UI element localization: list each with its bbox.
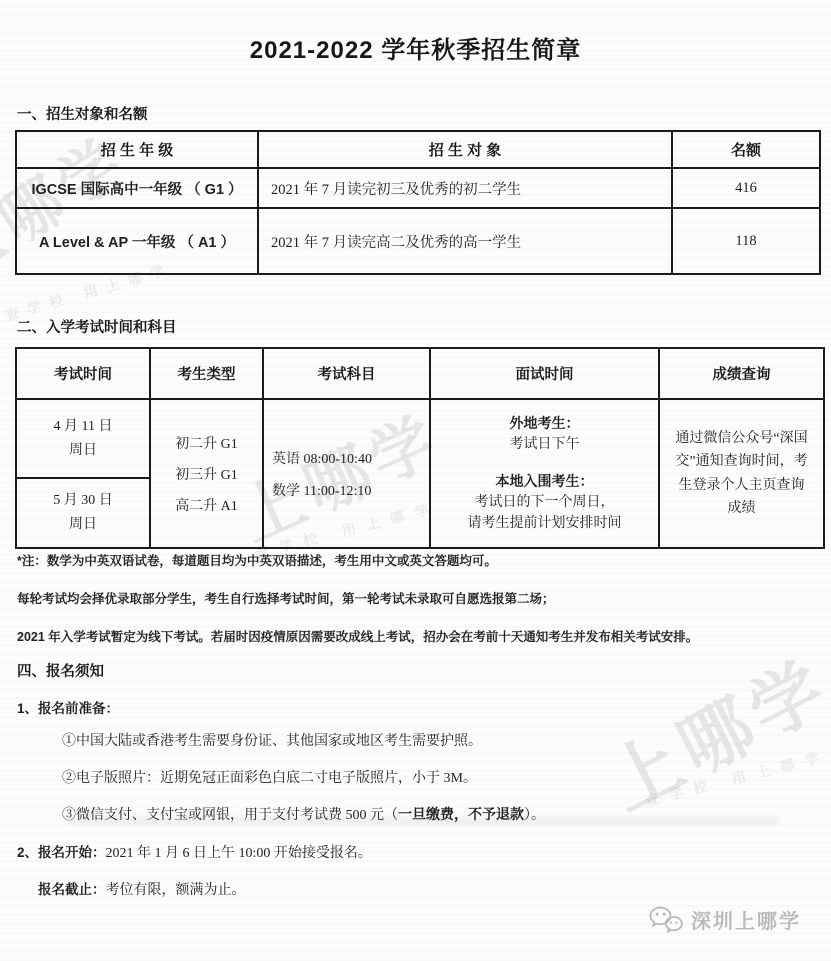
registration-start-line: 2、报名开始：2021 年 1 月 6 日上午 10:00 开始接受报名。 bbox=[17, 841, 372, 862]
spacer bbox=[431, 455, 658, 471]
exam-note-offline: 2021 年入学考试暂定为线下考试。若届时因疫情原因需要改成线上考试，招办会在考… bbox=[17, 627, 817, 645]
exam-day: 周日 bbox=[17, 513, 149, 537]
header-grade: 招 生 年 级 bbox=[16, 131, 258, 168]
subject-english: 英语 08:00-10:40 bbox=[272, 448, 429, 468]
local-shortlist-line1: 考试日的下一个周日， bbox=[431, 492, 658, 513]
candidate-type: 高二升 A1 bbox=[151, 495, 262, 515]
admissions-quota-table: 招 生 年 级 招 生 对 象 名额 IGCSE 国际高中一年级 （ G1 ） … bbox=[15, 130, 821, 275]
exam-schedule-table: 考试时间 考生类型 考试科目 面试时间 成绩查询 4 月 11 日 周日 初二升… bbox=[15, 347, 825, 549]
section-1-heading: 一、招生对象和名额 bbox=[17, 103, 148, 124]
exam-subject-cell: 英语 08:00-10:40 数学 11:00-12:10 bbox=[263, 399, 430, 548]
exam-note-rounds: 每轮考试均会择优录取部分学生，考生自行选择考试时间，第一轮考试未录取可自愿选报第… bbox=[17, 589, 817, 607]
prep-payment-close: ）。 bbox=[524, 808, 545, 823]
registration-deadline-text: 考位有限，额满为止。 bbox=[106, 883, 246, 898]
registration-deadline-label: 报名截止： bbox=[38, 882, 106, 897]
registration-start-label: 2、报名开始： bbox=[17, 845, 106, 860]
header-exam-time: 考试时间 bbox=[16, 348, 150, 399]
table-row: A Level & AP 一年级 （ A1 ） 2021 年 7 月读完高二及优… bbox=[16, 208, 820, 274]
watermark-brand: 上哪学 bbox=[587, 630, 831, 830]
footer-brand: 深圳上哪学 bbox=[648, 905, 801, 934]
target-cell: 2021 年 7 月读完初三及优秀的初二学生 bbox=[258, 168, 672, 208]
score-query-cell: 通过微信公众号“深国交”通知查询时间，考生登录个人主页查询成绩 bbox=[659, 399, 824, 548]
exam-time-cell: 4 月 11 日 周日 bbox=[16, 399, 150, 478]
grade-cell: IGCSE 国际高中一年级 （ G1 ） bbox=[16, 168, 258, 208]
no-refund-note: 一旦缴费，不予退款 bbox=[398, 806, 524, 822]
header-quota: 名额 bbox=[672, 131, 820, 168]
registration-start-text: 2021 年 1 月 6 日上午 10:00 开始接受报名。 bbox=[106, 846, 372, 861]
local-shortlist-line2: 请考生提前计划安排时间 bbox=[431, 513, 658, 534]
exam-time-cell: 5 月 30 日 周日 bbox=[16, 478, 150, 548]
table-header-row: 考试时间 考生类型 考试科目 面试时间 成绩查询 bbox=[16, 348, 824, 399]
candidate-type-cell: 初二升 G1 初三升 G1 高二升 A1 bbox=[150, 399, 263, 548]
header-candidate-type: 考生类型 bbox=[150, 348, 263, 399]
prep-item-id: ①中国大陆或香港考生需要身份证、其他国家或地区考生需要护照。 bbox=[62, 730, 482, 750]
candidate-type: 初三升 G1 bbox=[151, 464, 262, 484]
table-row: 4 月 11 日 周日 初二升 G1 初三升 G1 高二升 A1 英语 08:0… bbox=[16, 399, 824, 478]
grade-cell: A Level & AP 一年级 （ A1 ） bbox=[16, 208, 258, 274]
header-interview-time: 面试时间 bbox=[430, 348, 659, 399]
registration-deadline-line: 报名截止：考位有限，额满为止。 bbox=[38, 878, 246, 899]
header-score-query: 成绩查询 bbox=[659, 348, 824, 399]
header-target: 招 生 对 象 bbox=[258, 131, 672, 168]
watermark-tagline: 查学校 用上哪学 bbox=[642, 745, 831, 810]
target-cell: 2021 年 7 月读完高二及优秀的高一学生 bbox=[258, 208, 672, 274]
nonlocal-candidates-label: 外地考生： bbox=[431, 413, 658, 434]
prep-item-payment: ③微信支付、支付宝或网银，用于支付考试费 500 元（一旦缴费，不予退款）。 bbox=[62, 804, 545, 824]
quota-cell: 118 bbox=[672, 208, 820, 274]
footer-brand-text: 深圳上哪学 bbox=[691, 905, 801, 934]
prep-item-photo: ②电子版照片：近期免冠正面彩色白底二寸电子版照片，小于 3M。 bbox=[62, 767, 477, 787]
candidate-type: 初二升 G1 bbox=[151, 433, 262, 453]
header-exam-subject: 考试科目 bbox=[263, 348, 430, 399]
exam-date: 4 月 11 日 bbox=[17, 415, 149, 439]
table-row: IGCSE 国际高中一年级 （ G1 ） 2021 年 7 月读完初三及优秀的初… bbox=[16, 168, 820, 208]
prep-payment-text: ③微信支付、支付宝或网银，用于支付考试费 500 元（ bbox=[62, 808, 398, 823]
subject-math: 数学 11:00-12:10 bbox=[272, 480, 429, 500]
interview-time-cell: 外地考生： 考试日下午 本地入围考生： 考试日的下一个周日， 请考生提前计划安排… bbox=[430, 399, 659, 548]
section-4-heading: 四、报名须知 bbox=[17, 660, 104, 681]
local-shortlist-label: 本地入围考生： bbox=[431, 471, 658, 492]
document-page: 上哪学 查学校 用上哪学 上哪学 查学校 用上哪学 上哪学 查学校 用上哪学 2… bbox=[0, 0, 831, 961]
section-2-heading: 二、入学考试时间和科目 bbox=[17, 316, 177, 337]
exam-date: 5 月 30 日 bbox=[17, 489, 149, 513]
exam-day: 周日 bbox=[17, 439, 149, 463]
page-title: 2021-2022 学年秋季招生简章 bbox=[0, 30, 831, 65]
nonlocal-candidates-text: 考试日下午 bbox=[431, 434, 658, 455]
quota-cell: 416 bbox=[672, 168, 820, 208]
wechat-icon bbox=[648, 905, 684, 934]
table-header-row: 招 生 年 级 招 生 对 象 名额 bbox=[16, 131, 820, 168]
prep-title: 1、报名前准备： bbox=[17, 697, 119, 717]
exam-note-bilingual: *注：数学为中英双语试卷，每道题目均为中英双语描述，考生用中文或英文答题均可。 bbox=[17, 551, 817, 569]
